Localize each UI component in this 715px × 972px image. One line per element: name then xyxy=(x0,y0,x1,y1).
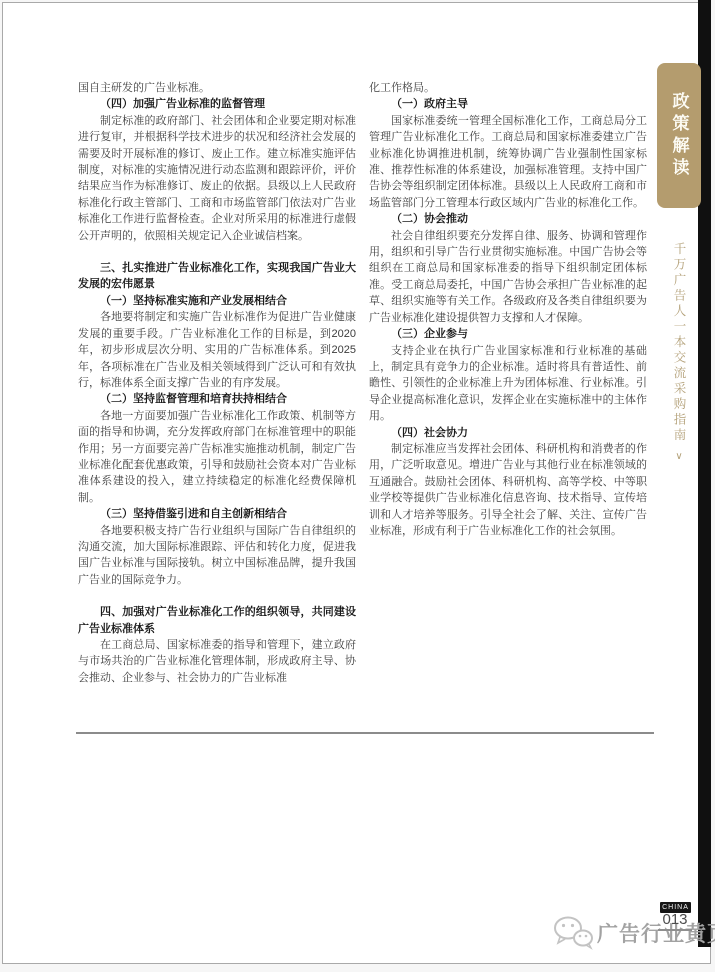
sidebar-slogan: 千万广告人一本交流采购指南 ∨ xyxy=(657,242,701,462)
column-left: 国自主研发的广告业标准。（四）加强广告业标准的监督管理制定标准的政府部门、社会团… xyxy=(78,80,356,686)
paragraph: 各地要将制定和实施广告业标准作为促进广告业健康发展的重要手段。广告业标准化工作的… xyxy=(78,309,356,391)
wechat-account-name: 广告行业黄页 xyxy=(597,918,715,948)
sub-heading: （一）政府主导 xyxy=(369,96,647,112)
paragraph: 支持企业在执行广告业国家标准和行业标准的基础上，制定具有竞争力的企业标准。适时将… xyxy=(369,343,647,425)
paragraph: 国自主研发的广告业标准。 xyxy=(78,80,356,96)
sidebar-slogan-text: 千万广告人一本交流采购指南 xyxy=(670,242,688,444)
paragraph: 制定标准的政府部门、社会团体和企业要定期对标准进行复审，并根据科学技术进步的状况… xyxy=(78,113,356,244)
sub-heading: （一）坚持标准实施和产业发展相结合 xyxy=(78,293,356,309)
paragraph: 在工商总局、国家标准委的指导和管理下，建立政府与市场共治的广告业标准化管理体制，… xyxy=(78,637,356,686)
paragraph: 化工作格局。 xyxy=(369,80,647,96)
sub-heading: （三）企业参与 xyxy=(369,326,647,342)
article-body: 国自主研发的广告业标准。（四）加强广告业标准的监督管理制定标准的政府部门、社会团… xyxy=(78,80,648,686)
paragraph: 各地一方面要加强广告业标准化工作政策、机制等方面的指导和协调，充分发挥政府部门在… xyxy=(78,408,356,506)
sub-heading: （四）加强广告业标准的监督管理 xyxy=(78,96,356,112)
page-number: 013 xyxy=(658,911,692,931)
sub-heading: （二）坚持监督管理和培育扶持相结合 xyxy=(78,391,356,407)
chevron-down-icon: ∨ xyxy=(675,451,682,462)
paragraph: 社会自律组织要充分发挥自律、服务、协调和管理作用，组织和引导广告行业贯彻实施标准… xyxy=(369,228,647,326)
section-heading: 四、加强对广告业标准化工作的组织领导，共同建设广告业标准体系 xyxy=(78,604,356,637)
paragraph: 各地要积极支持广告行业组织与国际广告自律组织的沟通交流，加大国际标准跟踪、评估和… xyxy=(78,523,356,589)
column-right: 化工作格局。（一）政府主导国家标准委统一管理全国标准化工作，工商总局分工管理广告… xyxy=(369,80,647,686)
paragraph: 国家标准委统一管理全国标准化工作，工商总局分工管理广告业标准化工作。工商总局和国… xyxy=(369,113,647,211)
section-tab-label: 政策解读 xyxy=(667,92,692,180)
sub-heading: （二）协会推动 xyxy=(369,211,647,227)
sub-heading: （四）社会协力 xyxy=(369,425,647,441)
wechat-icon xyxy=(552,914,594,955)
sub-heading: （三）坚持借鉴引进和自主创新相结合 xyxy=(78,506,356,522)
paragraph: 制定标准应当发挥社会团体、科研机构和消费者的作用，广泛听取意见。增进广告业与其他… xyxy=(369,441,647,539)
footer-divider xyxy=(76,732,654,734)
section-tab-policy: 政策解读 xyxy=(657,63,701,208)
section-heading: 三、扎实推进广告业标准化工作，实现我国广告业大发展的宏伟愿景 xyxy=(78,260,356,293)
